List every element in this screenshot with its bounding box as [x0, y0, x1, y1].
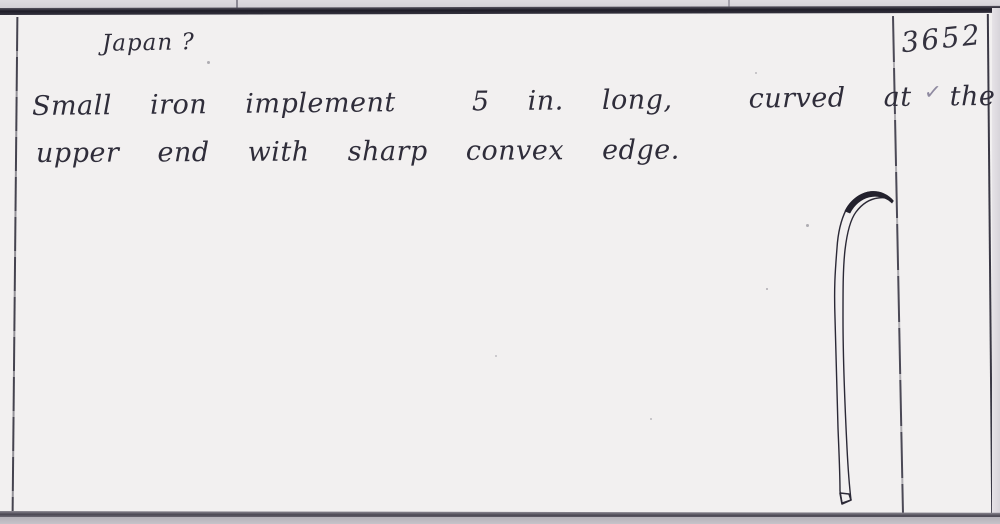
- paper-speck: [755, 72, 757, 74]
- paper-speck: [207, 61, 210, 64]
- card-top-edge: [0, 6, 1000, 15]
- paper-speck: [766, 288, 768, 290]
- origin-label: Japan ?: [102, 29, 195, 57]
- description-line-1: Small iron implement 5 in. long, curved …: [32, 81, 996, 122]
- catalogue-card-scan: Japan ? 3652 ✓ Small iron implement 5 in…: [0, 0, 1000, 524]
- left-margin-rule: [12, 17, 19, 512]
- description-line-2: upper end with sharp convex edge.: [36, 135, 680, 169]
- curved-implement-sketch-icon: [820, 188, 900, 510]
- catalogue-number: 3652: [899, 18, 983, 59]
- scan-edge-bottom: [0, 517, 1000, 524]
- paper-speck: [650, 418, 652, 420]
- paper-speck: [495, 355, 497, 357]
- paper-speck: [806, 224, 809, 227]
